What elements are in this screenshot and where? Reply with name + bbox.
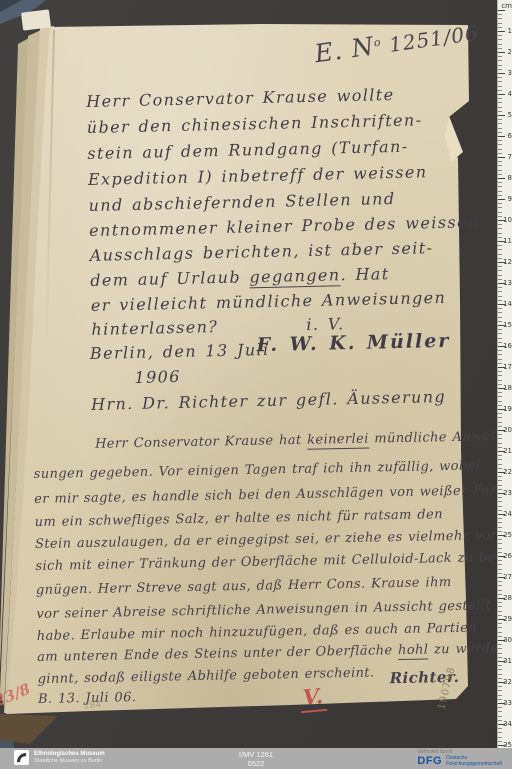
in-vertretung-abbrev: i. V. [306,314,345,334]
footer-bar: Ethnologisches Museum Staatliche Museen … [0,748,512,769]
underlined-word: gegangen [249,265,340,288]
red-grade-mark: V. [299,683,327,713]
place-date-line: Berlin, den 13 Juli [90,340,270,363]
pencil-number: 284 [84,700,102,712]
document-scan-view: E. No 1251/06 Herr Conservator Krause wo… [0,0,512,769]
ruler-unit-label: cm [501,2,512,10]
paper-fragment [21,9,51,30]
underlined-word: hohl [398,642,429,660]
ruler: cm 1234567891011121314151617181920212223… [497,0,512,748]
dfg-acronym: DFG [417,756,442,767]
registry-sup: o [373,36,382,50]
dfg-logo: DFG Deutsche Forschungsgemeinschaft [417,756,502,767]
signature-mueller: F. W. K. Müller [257,330,451,356]
text-segment: dem auf Urlaub [90,267,250,290]
dfg-name: Deutsche Forschungsgemeinschaft [446,756,502,767]
handwriting-line: hinterlassen? [91,317,218,339]
text-segment: mündliche Anwei- [369,429,501,447]
dfg-logo-block: Gefördert durch DFG Deutsche Forschungsg… [417,749,502,767]
underlined-word: keinerlei [307,432,369,450]
dfg-name-line2: Forschungsgemeinschaft [446,762,502,768]
text-segment: . Hat [340,264,390,284]
year-line: 1906 [134,367,181,387]
